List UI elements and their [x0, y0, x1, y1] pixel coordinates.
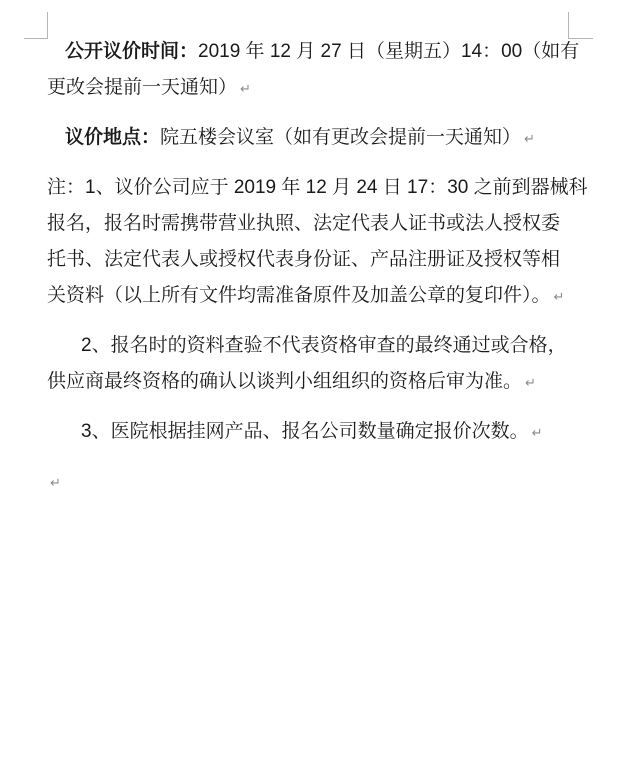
document-content: 公开议价时间：2019 年 12 月 27 日（星期五）14：00（如有 更改会… [47, 34, 600, 502]
text-line: ↵ [47, 464, 600, 502]
open-time-value-continued: 更改会提前一天通知） [47, 77, 237, 98]
pilcrow-mark: ↵ [524, 132, 535, 147]
location-label: 议价地点： [65, 127, 160, 148]
paragraph-negotiation-location: 议价地点：院五楼会议室（如有更改会提前一天通知）↵ [47, 120, 600, 158]
note1-line2: 报名，报名时需携带营业执照、法定代表人证书或法人授权委 [47, 213, 560, 234]
pilcrow-mark: ↵ [525, 376, 536, 391]
pilcrow-mark: ↵ [532, 426, 543, 441]
pilcrow-mark: ↵ [240, 82, 251, 97]
note3-line: 3、医院根据挂网产品、报名公司数量确定报价次数。 [81, 421, 529, 442]
location-value: 院五楼会议室（如有更改会提前一天通知） [160, 127, 521, 148]
note1-line4: 关资料（以上所有文件均需准备原件及加盖公章的复印件）。 [47, 285, 551, 306]
paragraph-note-3: 3、医院根据挂网产品、报名公司数量确定报价次数。↵ [47, 414, 600, 452]
note1-line1: 注：1、议价公司应于 2019 年 12 月 24 日 17：30 之前到器械科 [47, 177, 588, 198]
paragraph-note-2: 2、报名时的资料查验不代表资格审查的最终通过或合格， 供应商最终资格的确认以谈判… [47, 328, 600, 402]
text-line: 3、医院根据挂网产品、报名公司数量确定报价次数。↵ [47, 414, 600, 452]
paragraph-note-1: 注：1、议价公司应于 2019 年 12 月 24 日 17：30 之前到器械科… [47, 170, 600, 316]
text-line: 报名，报名时需携带营业执照、法定代表人证书或法人授权委 [47, 206, 600, 242]
crop-mark-top-left [24, 12, 48, 39]
text-line: 更改会提前一天通知）↵ [47, 70, 600, 108]
open-time-value: 2019 年 12 月 27 日（星期五）14：00（如有 [198, 41, 579, 62]
text-line: 议价地点：院五楼会议室（如有更改会提前一天通知）↵ [47, 120, 600, 158]
open-time-label: 公开议价时间： [65, 41, 198, 62]
pilcrow-mark: ↵ [50, 476, 61, 491]
text-line: 关资料（以上所有文件均需准备原件及加盖公章的复印件）。↵ [47, 278, 600, 316]
text-line: 公开议价时间：2019 年 12 月 27 日（星期五）14：00（如有 [47, 34, 600, 70]
note1-line3: 托书、法定代表人或授权代表身份证、产品注册证及授权等相 [47, 249, 560, 270]
text-line: 注：1、议价公司应于 2019 年 12 月 24 日 17：30 之前到器械科 [47, 170, 600, 206]
note2-line2: 供应商最终资格的确认以谈判小组组织的资格后审为准。 [47, 371, 522, 392]
text-line: 托书、法定代表人或授权代表身份证、产品注册证及授权等相 [47, 242, 600, 278]
text-line: 供应商最终资格的确认以谈判小组组织的资格后审为准。↵ [47, 364, 600, 402]
paragraph-open-price-time: 公开议价时间：2019 年 12 月 27 日（星期五）14：00（如有 更改会… [47, 34, 600, 108]
pilcrow-mark: ↵ [554, 290, 565, 305]
text-line: 2、报名时的资料查验不代表资格审查的最终通过或合格， [47, 328, 600, 364]
document-page: 公开议价时间：2019 年 12 月 27 日（星期五）14：00（如有 更改会… [0, 0, 620, 762]
note2-line1: 2、报名时的资料查验不代表资格审查的最终通过或合格， [81, 335, 567, 356]
paragraph-empty: ↵ [47, 464, 600, 502]
